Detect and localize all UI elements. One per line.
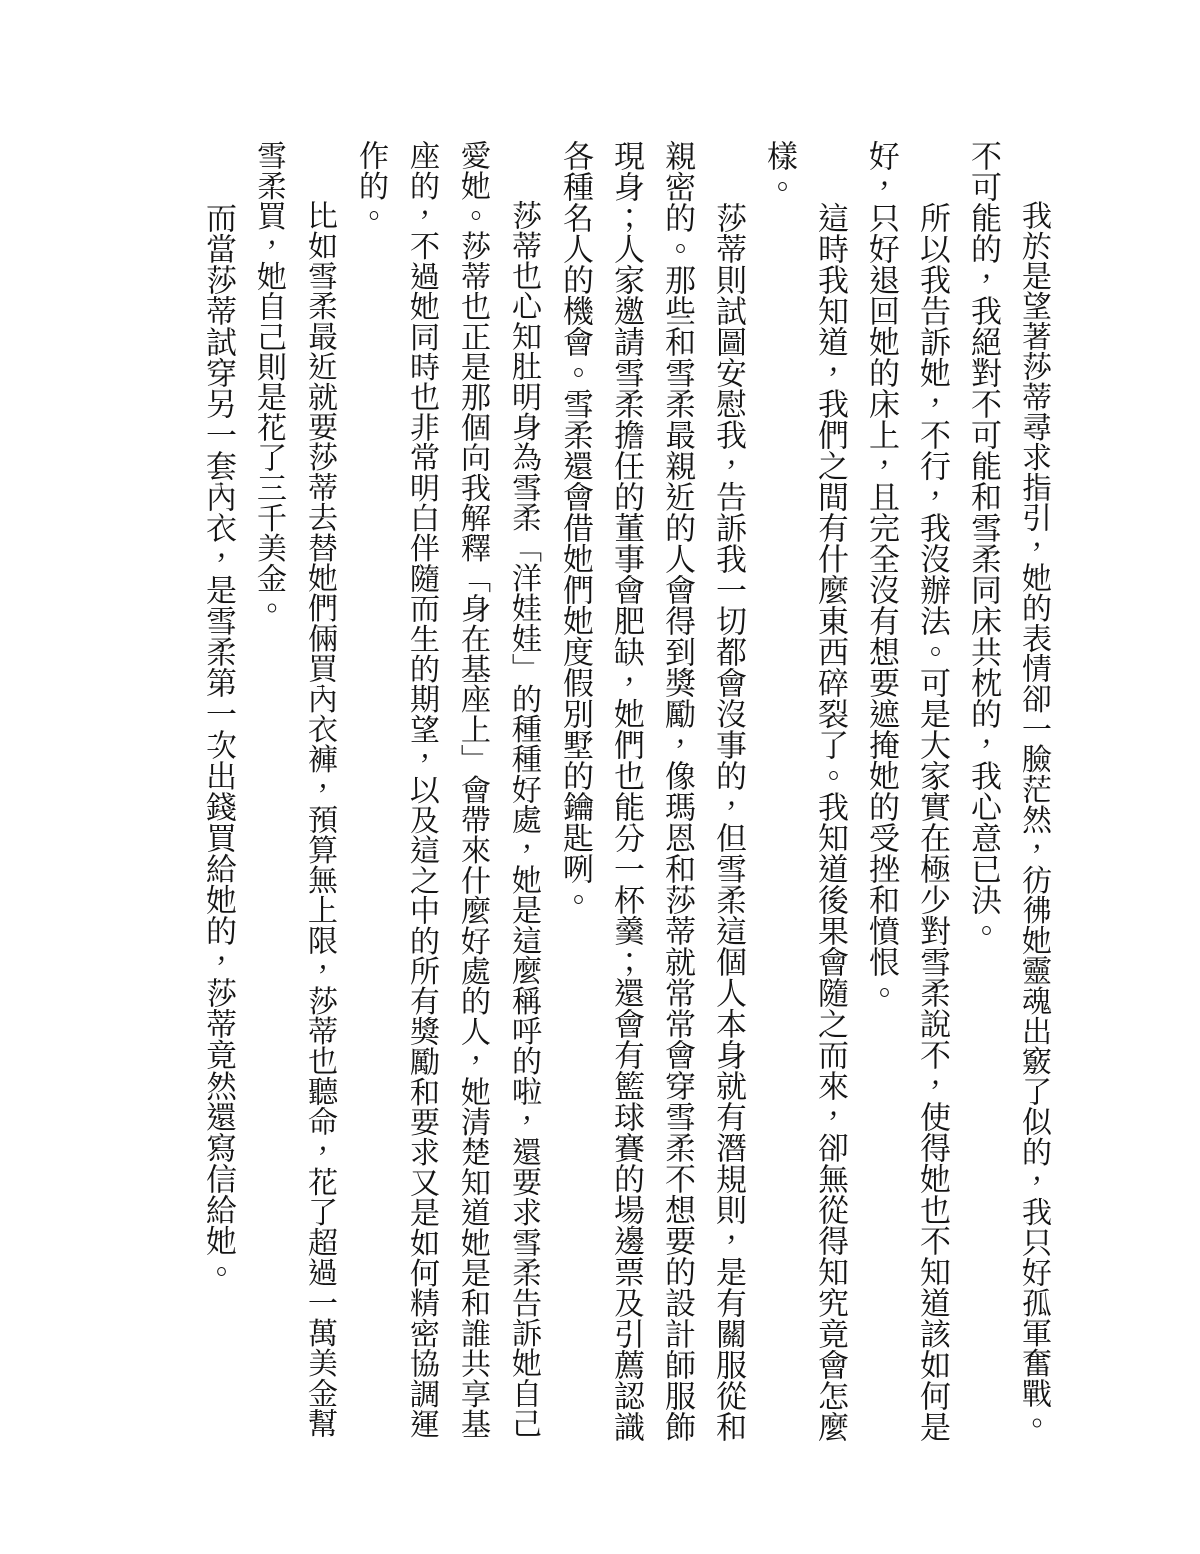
paragraph: 莎蒂也心知肚明身為雪柔「洋娃娃」的種種好處，她是這麼稱呼的啦，還要求雪柔告訴她自… (345, 140, 549, 1442)
paragraph: 而當莎蒂試穿另一套內衣，是雪柔第一次出錢買給她的，莎蒂竟然還寫信給她。 (192, 140, 243, 1442)
paragraph: 所以我告訴她，不行，我沒辦法。可是大家實在極少對雪柔說不，使得她也不知道該如何是… (855, 140, 957, 1442)
paragraph: 我於是望著莎蒂尋求指引，她的表情卻一臉茫然，彷彿她靈魂出竅了似的，我只好孤軍奮戰… (1008, 140, 1059, 1442)
book-page: 我於是望著莎蒂尋求指引，她的表情卻一臉茫然，彷彿她靈魂出竅了似的，我只好孤軍奮戰… (0, 0, 1200, 1554)
vertical-text-block: 我於是望著莎蒂尋求指引，她的表情卻一臉茫然，彷彿她靈魂出竅了似的，我只好孤軍奮戰… (192, 140, 1059, 1442)
paragraph: 這時我知道，我們之間有什麼東西碎裂了。我知道後果會隨之而來，卻無從得知究竟會怎麼… (753, 140, 855, 1442)
paragraph: 比如雪柔最近就要莎蒂去替她們倆買內衣褲，預算無上限，莎蒂也聽命，花了超過一萬美金… (243, 140, 345, 1442)
paragraph: 不可能的，我絕對不可能和雪柔同床共枕的，我心意已決。 (957, 140, 1008, 1442)
paragraph: 莎蒂則試圖安慰我，告訴我一切都會沒事的，但雪柔這個人本身就有潛規則，是有關服從和… (549, 140, 753, 1442)
